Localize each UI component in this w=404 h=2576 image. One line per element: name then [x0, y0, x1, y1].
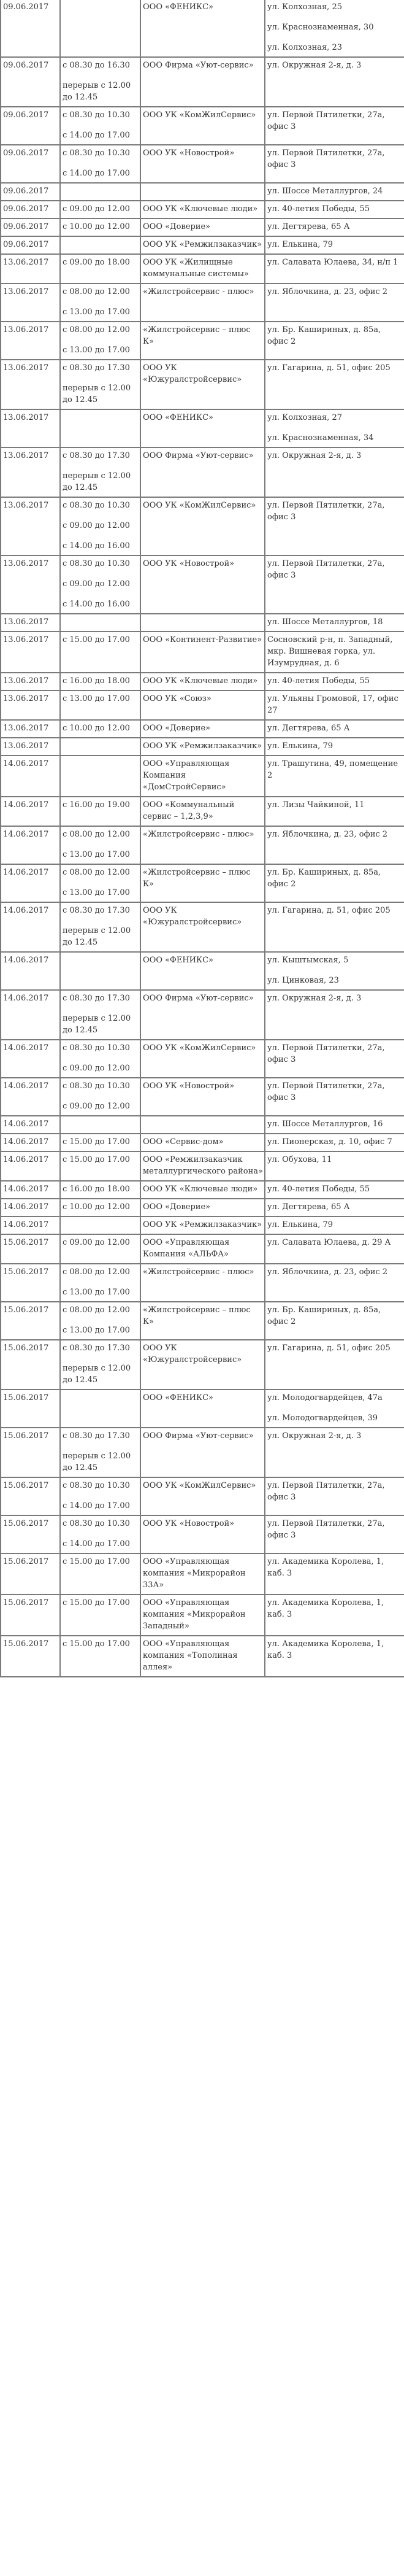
address-cell: ул. Лизы Чайкиной, 11	[265, 797, 404, 826]
date-cell: 14.06.2017	[1, 1151, 60, 1181]
address-line: ул. Колхозная, 27	[267, 412, 403, 424]
date-cell: 09.06.2017	[1, 201, 60, 219]
address-cell: ул. Бр. Кашириных, д. 85а, офис 2	[265, 864, 404, 902]
table-row: 14.06.2017ООО «ФЕНИКС»ул. Кыштымская, 5у…	[1, 952, 404, 990]
hours-line: с 16.00 до 18.00	[63, 1183, 139, 1195]
hours-line: с 09.00 до 12.00	[63, 578, 139, 590]
hours-cell	[60, 236, 140, 254]
address-line: ул. Пионерская, д. 10, офис 7	[267, 1136, 403, 1148]
hours-line: с 10.00 до 12.00	[63, 221, 139, 233]
hours-line: с 08.30 до 10.30	[63, 1042, 139, 1054]
address-cell: ул. Елькина, 79	[265, 1216, 404, 1234]
organization-cell: «Жилстройсервис - плюс»	[140, 1264, 265, 1302]
organization-cell: ООО УК «Новострой»	[140, 1078, 265, 1116]
organization-cell: ООО УК «Новострой»	[140, 1515, 265, 1553]
organization-cell: ООО УК «Южуралстройсервис»	[140, 902, 265, 952]
organization-cell: ООО УК «КомЖилСервис»	[140, 497, 265, 555]
address-cell: ул. Первой Пятилетки, 27а, офис 3	[265, 1040, 404, 1078]
address-line: ул. 40-летия Победы, 55	[267, 1183, 403, 1195]
organization-cell: ООО «Континент-Развитие»	[140, 632, 265, 673]
address-line: ул. Молодогвардейцев, 39	[267, 1412, 403, 1424]
hours-line: с 13.00 до 17.00	[63, 887, 139, 899]
table-row: 09.06.2017ООО УК «Ремжилзаказчик»ул. Ель…	[1, 236, 404, 254]
hours-line: с 08.30 до 17.30	[63, 362, 139, 374]
hours-cell	[60, 183, 140, 201]
organization-cell	[140, 614, 265, 632]
organization-cell: ООО УК «КомЖилСервис»	[140, 1477, 265, 1515]
address-line: ул. 40-летия Победы, 55	[267, 203, 403, 215]
hours-line: с 09.00 до 12.00	[63, 1100, 139, 1112]
table-row: 09.06.2017ул. Шоссе Металлургов, 24	[1, 183, 404, 201]
hours-cell	[60, 0, 140, 57]
hours-cell	[60, 614, 140, 632]
hours-line: с 15.00 до 17.00	[63, 1638, 139, 1650]
date-cell: 13.06.2017	[1, 614, 60, 632]
date-cell: 14.06.2017	[1, 756, 60, 797]
organization-cell: ООО Фирма «Уют-сервис»	[140, 990, 265, 1040]
hours-cell: с 08.30 до 17.30перерыв с 12.00 до 12.45	[60, 447, 140, 497]
hours-cell: с 08.30 до 17.30перерыв с 12.00 до 12.45	[60, 902, 140, 952]
address-cell: ул. 40-летия Победы, 55	[265, 673, 404, 690]
address-cell: ул. Гагарина, д. 51, офис 205	[265, 902, 404, 952]
organization-cell: ООО УК «Новострой»	[140, 555, 265, 614]
hours-line: с 09.00 до 12.00	[63, 1062, 139, 1074]
address-cell: ул. Первой Пятилетки, 27а, офис 3	[265, 497, 404, 555]
table-row: 15.06.2017с 08.30 до 10.30с 14.00 до 17.…	[1, 1515, 404, 1553]
hours-line: с 14.00 до 16.00	[63, 540, 139, 552]
hours-line: с 08.30 до 10.30	[63, 558, 139, 570]
table-row: 15.06.2017с 15.00 до 17.00ООО «Управляющ…	[1, 1553, 404, 1595]
address-cell: ул. Первой Пятилетки, 27а, офис 3	[265, 1477, 404, 1515]
date-cell: 14.06.2017	[1, 826, 60, 864]
address-cell: ул. Салавата Юлаева, 34, н/п 1	[265, 254, 404, 284]
table-row: 15.06.2017с 08.30 до 10.30с 14.00 до 17.…	[1, 1477, 404, 1515]
hours-line: с 13.00 до 17.00	[63, 1325, 139, 1336]
address-cell: ул. Академика Королева, 1, каб. 3	[265, 1553, 404, 1595]
date-cell: 14.06.2017	[1, 1199, 60, 1216]
date-cell: 14.06.2017	[1, 1078, 60, 1116]
address-cell: ул. Гагарина, д. 51, офис 205	[265, 360, 404, 409]
date-cell: 14.06.2017	[1, 1216, 60, 1234]
hours-line: с 15.00 до 17.00	[63, 1154, 139, 1166]
date-cell: 15.06.2017	[1, 1264, 60, 1302]
hours-cell: с 08.30 до 10.30с 14.00 до 17.00	[60, 1515, 140, 1553]
organization-cell	[140, 183, 265, 201]
hours-line: с 08.30 до 17.30	[63, 450, 139, 462]
address-cell: ул. Дегтярева, 65 А	[265, 1199, 404, 1216]
date-cell: 14.06.2017	[1, 797, 60, 826]
hours-line: с 13.00 до 17.00	[63, 344, 139, 356]
address-line: ул. Трашутина, 49, помещение 2	[267, 758, 403, 781]
hours-cell: с 09.00 до 12.00	[60, 201, 140, 219]
hours-line: с 13.00 до 17.00	[63, 849, 139, 861]
hours-line: с 16.00 до 19.00	[63, 799, 139, 811]
organization-cell: ООО УК «Ключевые люди»	[140, 673, 265, 690]
hours-cell: с 10.00 до 12.00	[60, 219, 140, 236]
organization-cell: ООО «Доверие»	[140, 1199, 265, 1216]
table-row: 14.06.2017ООО УК «Ремжилзаказчик»ул. Ель…	[1, 1216, 404, 1234]
organization-cell: ООО «Коммунальный сервис – 1,2,3,9»	[140, 797, 265, 826]
date-cell: 14.06.2017	[1, 1116, 60, 1134]
table-row: 13.06.2017с 10.00 до 12.00ООО «Доверие»у…	[1, 720, 404, 738]
date-cell: 13.06.2017	[1, 555, 60, 614]
address-line: ул. Елькина, 79	[267, 740, 403, 752]
hours-line: с 14.00 до 17.00	[63, 1500, 139, 1512]
organization-cell: «Жилстройсервис – плюс К»	[140, 322, 265, 360]
address-cell: ул. Яблочкина, д. 23, офис 2	[265, 826, 404, 864]
address-cell: ул. Шоссе Металлургов, 16	[265, 1116, 404, 1134]
organization-cell: ООО «Управляющая Компания «ДомСтройСерви…	[140, 756, 265, 797]
table-row: 13.06.2017с 08.30 до 17.30перерыв с 12.0…	[1, 447, 404, 497]
address-line: ул. Первой Пятилетки, 27а, офис 3	[267, 1080, 403, 1104]
organization-cell: ООО УК «Ремжилзаказчик»	[140, 1216, 265, 1234]
address-line: ул. Первой Пятилетки, 27а, офис 3	[267, 1518, 403, 1541]
organization-cell: «Жилстройсервис – плюс К»	[140, 1302, 265, 1340]
date-cell: 14.06.2017	[1, 864, 60, 902]
address-line: ул. Бр. Кашириных, д. 85а, офис 2	[267, 867, 403, 890]
address-cell: ул. Первой Пятилетки, 27а, офис 3	[265, 107, 404, 145]
hours-line: с 15.00 до 17.00	[63, 1136, 139, 1148]
date-cell: 15.06.2017	[1, 1390, 60, 1428]
date-cell: 15.06.2017	[1, 1428, 60, 1477]
hours-line: с 08.00 до 12.00	[63, 1266, 139, 1278]
hours-line: с 16.00 до 18.00	[63, 675, 139, 687]
hours-line: с 15.00 до 17.00	[63, 1597, 139, 1609]
date-cell: 09.06.2017	[1, 183, 60, 201]
address-cell: ул. Академика Королева, 1, каб. 3	[265, 1595, 404, 1636]
table-row: 14.06.2017с 10.00 до 12.00ООО «Доверие»у…	[1, 1199, 404, 1216]
date-cell: 13.06.2017	[1, 690, 60, 720]
address-line: ул. Молодогвардейцев, 47а	[267, 1392, 403, 1404]
address-line: ул. Первой Пятилетки, 27а, офис 3	[267, 558, 403, 581]
hours-line: с 08.00 до 12.00	[63, 324, 139, 336]
address-cell: ул. Пионерская, д. 10, офис 7	[265, 1134, 404, 1151]
hours-line: с 08.30 до 10.30	[63, 1518, 139, 1530]
organization-cell: ООО «ФЕНИКС»	[140, 1390, 265, 1428]
date-cell: 14.06.2017	[1, 952, 60, 990]
hours-line: с 10.00 до 12.00	[63, 1201, 139, 1213]
address-line: ул. 40-летия Победы, 55	[267, 675, 403, 687]
hours-line: с 08.00 до 12.00	[63, 867, 139, 878]
date-cell: 15.06.2017	[1, 1636, 60, 1677]
hours-cell: с 08.30 до 16.30перерыв с 12.00 до 12.45	[60, 57, 140, 107]
hours-cell	[60, 1116, 140, 1134]
table-row: 13.06.2017с 15.00 до 17.00ООО «Континент…	[1, 632, 404, 673]
hours-cell	[60, 738, 140, 756]
address-line: ул. Краснознаменная, 34	[267, 432, 403, 444]
table-row: 14.06.2017с 15.00 до 17.00ООО «Сервис-до…	[1, 1134, 404, 1151]
address-line: ул. Яблочкина, д. 23, офис 2	[267, 286, 403, 298]
address-line: ул. Первой Пятилетки, 27а, офис 3	[267, 1480, 403, 1503]
table-row: 13.06.2017ООО УК «Ремжилзаказчик»ул. Ель…	[1, 738, 404, 756]
table-row: 15.06.2017с 08.30 до 17.30перерыв с 12.0…	[1, 1340, 404, 1390]
hours-cell: с 09.00 до 12.00	[60, 1234, 140, 1264]
date-cell: 14.06.2017	[1, 1040, 60, 1078]
table-row: 14.06.2017с 08.30 до 10.30с 09.00 до 12.…	[1, 1078, 404, 1116]
date-cell: 13.06.2017	[1, 254, 60, 284]
hours-cell	[60, 1390, 140, 1428]
address-cell: ул. Дегтярева, 65 А	[265, 219, 404, 236]
date-cell: 13.06.2017	[1, 360, 60, 409]
address-cell: ул. Трашутина, 49, помещение 2	[265, 756, 404, 797]
address-cell: ул. Молодогвардейцев, 47аул. Молодогвард…	[265, 1390, 404, 1428]
date-cell: 13.06.2017	[1, 738, 60, 756]
hours-line: с 15.00 до 17.00	[63, 634, 139, 646]
address-line: ул. Яблочкина, д. 23, офис 2	[267, 1266, 403, 1278]
address-line: ул. Шоссе Металлургов, 18	[267, 616, 403, 628]
hours-line: с 09.00 до 12.00	[63, 1237, 139, 1248]
hours-cell: с 08.30 до 10.30с 14.00 до 17.00	[60, 107, 140, 145]
table-row: 09.06.2017с 08.30 до 10.30с 14.00 до 17.…	[1, 107, 404, 145]
hours-cell: с 15.00 до 17.00	[60, 1553, 140, 1595]
organization-cell: ООО УК «Ремжилзаказчик»	[140, 236, 265, 254]
organization-cell: «Жилстройсервис - плюс»	[140, 826, 265, 864]
hours-line: перерыв с 12.00 до 12.45	[63, 470, 139, 493]
hours-cell: с 08.30 до 17.30перерыв с 12.00 до 12.45	[60, 1340, 140, 1390]
hours-line: перерыв с 12.00 до 12.45	[63, 1013, 139, 1036]
table-row: 14.06.2017с 08.00 до 12.00с 13.00 до 17.…	[1, 826, 404, 864]
address-cell: ул. Колхозная, 27ул. Краснознаменная, 34	[265, 409, 404, 447]
hours-cell: с 08.00 до 12.00с 13.00 до 17.00	[60, 322, 140, 360]
hours-cell: с 15.00 до 17.00	[60, 632, 140, 673]
organization-cell: ООО «ФЕНИКС»	[140, 409, 265, 447]
organization-cell: ООО Фирма «Уют-сервис»	[140, 447, 265, 497]
address-line: ул. Первой Пятилетки, 27а, офис 3	[267, 1042, 403, 1066]
table-row: 14.06.2017с 08.30 до 17.30перерыв с 12.0…	[1, 990, 404, 1040]
hours-line: с 08.30 до 10.30	[63, 500, 139, 511]
address-line: ул. Окружная 2-я, д. 3	[267, 450, 403, 462]
address-cell: ул. Окружная 2-я, д. 3	[265, 1428, 404, 1477]
address-line: ул. Кыштымская, 5	[267, 954, 403, 966]
address-line: ул. Академика Королева, 1, каб. 3	[267, 1556, 403, 1579]
hours-cell: с 16.00 до 18.00	[60, 673, 140, 690]
address-line: ул. Академика Королева, 1, каб. 3	[267, 1638, 403, 1661]
date-cell: 13.06.2017	[1, 497, 60, 555]
address-line: ул. Цинковая, 23	[267, 975, 403, 986]
address-cell: ул. Бр. Кашириных, д. 85а, офис 2	[265, 1302, 404, 1340]
organization-cell: ООО УК «КомЖилСервис»	[140, 107, 265, 145]
hours-cell: с 09.00 до 18.00	[60, 254, 140, 284]
hours-line: с 08.00 до 12.00	[63, 829, 139, 840]
table-row: 09.06.2017с 09.00 до 12.00ООО УК «Ключев…	[1, 201, 404, 219]
address-line: ул. Шоссе Металлургов, 16	[267, 1118, 403, 1130]
organization-cell: ООО «Управляющая компания «Тополиная алл…	[140, 1636, 265, 1677]
address-cell: ул. Академика Королева, 1, каб. 3	[265, 1636, 404, 1677]
table-row: 13.06.2017ул. Шоссе Металлургов, 18	[1, 614, 404, 632]
hours-line: с 14.00 до 16.00	[63, 598, 139, 610]
hours-line: с 13.00 до 17.00	[63, 693, 139, 705]
hours-cell: с 13.00 до 17.00	[60, 690, 140, 720]
organization-cell: ООО «ФЕНИКС»	[140, 0, 265, 57]
address-line: ул. Окружная 2-я, д. 3	[267, 60, 403, 71]
table-row: 13.06.2017ООО «ФЕНИКС»ул. Колхозная, 27у…	[1, 409, 404, 447]
table-row: 15.06.2017с 08.00 до 12.00с 13.00 до 17.…	[1, 1302, 404, 1340]
hours-line: с 13.00 до 17.00	[63, 1286, 139, 1298]
hours-cell: с 08.30 до 17.30перерыв с 12.00 до 12.45	[60, 990, 140, 1040]
organization-cell: ООО УК «Жилищные коммунальные системы»	[140, 254, 265, 284]
hours-line: с 08.30 до 10.30	[63, 1080, 139, 1092]
address-line: ул. Первой Пятилетки, 27а, офис 3	[267, 147, 403, 171]
organization-cell: ООО «Доверие»	[140, 219, 265, 236]
hours-cell: с 08.00 до 12.00с 13.00 до 17.00	[60, 284, 140, 322]
hours-line: с 14.00 до 17.00	[63, 168, 139, 179]
hours-cell: с 10.00 до 12.00	[60, 720, 140, 738]
hours-cell: с 08.30 до 10.30с 14.00 до 17.00	[60, 1477, 140, 1515]
table-row: 13.06.2017с 13.00 до 17.00ООО УК «Союз»у…	[1, 690, 404, 720]
address-line: ул. Шоссе Металлургов, 24	[267, 185, 403, 197]
date-cell: 13.06.2017	[1, 720, 60, 738]
date-cell: 13.06.2017	[1, 409, 60, 447]
address-cell: ул. Елькина, 79	[265, 738, 404, 756]
table-row: 15.06.2017с 08.30 до 17.30перерыв с 12.0…	[1, 1428, 404, 1477]
table-row: 09.06.2017с 08.30 до 16.30перерыв с 12.0…	[1, 57, 404, 107]
organization-cell: ООО «ФЕНИКС»	[140, 952, 265, 990]
organization-cell: ООО УК «Южуралстройсервис»	[140, 1340, 265, 1390]
address-line: ул. Дегтярева, 65 А	[267, 1201, 403, 1213]
address-line: ул. Академика Королева, 1, каб. 3	[267, 1597, 403, 1620]
address-cell: ул. Шоссе Металлургов, 18	[265, 614, 404, 632]
table-row: 15.06.2017ООО «ФЕНИКС»ул. Молодогвардейц…	[1, 1390, 404, 1428]
address-line: ул. Лизы Чайкиной, 11	[267, 799, 403, 811]
hours-line: с 15.00 до 17.00	[63, 1556, 139, 1568]
organization-cell: ООО «Управляющая компания «Микрорайон 33…	[140, 1553, 265, 1595]
hours-cell: с 16.00 до 19.00	[60, 797, 140, 826]
date-cell: 13.06.2017	[1, 322, 60, 360]
hours-cell: с 16.00 до 18.00	[60, 1181, 140, 1199]
organization-cell: ООО УК «Ключевые люди»	[140, 201, 265, 219]
organization-cell: ООО УК «Ремжилзаказчик»	[140, 738, 265, 756]
organization-cell: ООО УК «Южуралстройсервис»	[140, 360, 265, 409]
organization-cell: ООО «Управляющая компания «Микрорайон За…	[140, 1595, 265, 1636]
hours-line: с 09.00 до 12.00	[63, 520, 139, 532]
address-line: ул. Гагарина, д. 51, офис 205	[267, 362, 403, 374]
address-line: ул. Елькина, 79	[267, 1219, 403, 1231]
address-cell: ул. 40-летия Победы, 55	[265, 1181, 404, 1199]
hours-line: с 09.00 до 18.00	[63, 257, 139, 268]
address-line: ул. Дегтярева, 65 А	[267, 722, 403, 734]
hours-line: с 08.30 до 10.30	[63, 1480, 139, 1491]
address-cell: ул. Первой Пятилетки, 27а, офис 3	[265, 1078, 404, 1116]
address-line: ул. Колхозная, 25	[267, 1, 403, 13]
table-row: 15.06.2017с 08.00 до 12.00с 13.00 до 17.…	[1, 1264, 404, 1302]
address-cell: ул. Шоссе Металлургов, 24	[265, 183, 404, 201]
hours-line: с 08.30 до 10.30	[63, 147, 139, 159]
address-cell: ул. Первой Пятилетки, 27а, офис 3	[265, 1515, 404, 1553]
address-line: ул. Окружная 2-я, д. 3	[267, 992, 403, 1004]
table-row: 13.06.2017с 08.30 до 17.30перерыв с 12.0…	[1, 360, 404, 409]
hours-line: перерыв с 12.00 до 12.45	[63, 80, 139, 103]
table-row: 13.06.2017с 09.00 до 18.00ООО УК «Жилищн…	[1, 254, 404, 284]
hours-line: перерыв с 12.00 до 12.45	[63, 1363, 139, 1386]
organization-cell: ООО УК «Новострой»	[140, 145, 265, 183]
date-cell: 15.06.2017	[1, 1553, 60, 1595]
table-row: 09.06.2017ООО «ФЕНИКС»ул. Колхозная, 25у…	[1, 0, 404, 57]
address-line: ул. Ульяны Громовой, 17, офис 27	[267, 693, 403, 716]
organization-cell: ООО «Сервис-дом»	[140, 1134, 265, 1151]
address-line: ул. Первой Пятилетки, 27а, офис 3	[267, 109, 403, 133]
hours-cell: с 08.30 до 10.30с 14.00 до 17.00	[60, 145, 140, 183]
table-row: 14.06.2017ООО «Управляющая Компания «Дом…	[1, 756, 404, 797]
address-cell: ул. Первой Пятилетки, 27а, офис 3	[265, 145, 404, 183]
address-line: ул. Яблочкина, д. 23, офис 2	[267, 829, 403, 840]
hours-cell: с 08.00 до 12.00с 13.00 до 17.00	[60, 1264, 140, 1302]
date-cell: 09.06.2017	[1, 145, 60, 183]
hours-line: с 09.00 до 12.00	[63, 203, 139, 215]
hours-line: с 14.00 до 17.00	[63, 1538, 139, 1550]
hours-line: с 08.00 до 12.00	[63, 286, 139, 298]
address-line: ул. Первой Пятилетки, 27а, офис 3	[267, 500, 403, 523]
hours-cell	[60, 1216, 140, 1234]
table-row: 14.06.2017с 08.00 до 12.00с 13.00 до 17.…	[1, 864, 404, 902]
hours-cell: с 15.00 до 17.00	[60, 1134, 140, 1151]
hours-cell: с 15.00 до 17.00	[60, 1636, 140, 1677]
organization-cell: ООО «Ремжилзаказчик металлургического ра…	[140, 1151, 265, 1181]
address-line: ул. Бр. Кашириных, д. 85а, офис 2	[267, 324, 403, 347]
hours-line: перерыв с 12.00 до 12.45	[63, 1450, 139, 1474]
hours-line: перерыв с 12.00 до 12.45	[63, 925, 139, 948]
address-line: ул. Колхозная, 23	[267, 42, 403, 53]
organization-cell: ООО УК «КомЖилСервис»	[140, 1040, 265, 1078]
date-cell: 09.06.2017	[1, 236, 60, 254]
hours-line: с 08.30 до 10.30	[63, 109, 139, 121]
hours-cell: с 10.00 до 12.00	[60, 1199, 140, 1216]
hours-cell: с 08.30 до 10.30с 09.00 до 12.00	[60, 1078, 140, 1116]
date-cell: 13.06.2017	[1, 447, 60, 497]
table-row: 14.06.2017с 16.00 до 19.00ООО «Коммуналь…	[1, 797, 404, 826]
address-cell: ул. Бр. Кашириных, д. 85а, офис 2	[265, 322, 404, 360]
address-cell: ул. Окружная 2-я, д. 3	[265, 57, 404, 107]
date-cell: 13.06.2017	[1, 673, 60, 690]
hours-cell: с 08.30 до 17.30перерыв с 12.00 до 12.45	[60, 360, 140, 409]
address-line: ул. Елькина, 79	[267, 239, 403, 250]
hours-line: с 08.30 до 17.30	[63, 1342, 139, 1354]
table-row: 14.06.2017с 15.00 до 17.00ООО «Ремжилзак…	[1, 1151, 404, 1181]
table-row: 13.06.2017с 08.30 до 10.30с 09.00 до 12.…	[1, 497, 404, 555]
table-row: 15.06.2017с 15.00 до 17.00ООО «Управляющ…	[1, 1595, 404, 1636]
hours-cell: с 15.00 до 17.00	[60, 1151, 140, 1181]
organization-cell: «Жилстройсервис - плюс»	[140, 284, 265, 322]
hours-cell	[60, 409, 140, 447]
date-cell: 14.06.2017	[1, 990, 60, 1040]
hours-line: с 13.00 до 17.00	[63, 306, 139, 318]
hours-line: с 10.00 до 12.00	[63, 722, 139, 734]
address-cell: ул. Колхозная, 25ул. Краснознаменная, 30…	[265, 0, 404, 57]
date-cell: 13.06.2017	[1, 284, 60, 322]
date-cell: 09.06.2017	[1, 107, 60, 145]
hours-cell: с 08.00 до 12.00с 13.00 до 17.00	[60, 864, 140, 902]
organization-cell: ООО Фирма «Уют-сервис»	[140, 1428, 265, 1477]
organization-cell: ООО УК «Союз»	[140, 690, 265, 720]
address-cell: ул. Первой Пятилетки, 27а, офис 3	[265, 555, 404, 614]
date-cell: 09.06.2017	[1, 219, 60, 236]
address-cell: ул. Дегтярева, 65 А	[265, 720, 404, 738]
address-line: ул. Гагарина, д. 51, офис 205	[267, 905, 403, 916]
address-cell: ул. 40-летия Победы, 55	[265, 201, 404, 219]
date-cell: 13.06.2017	[1, 632, 60, 673]
organization-cell: «Жилстройсервис – плюс К»	[140, 864, 265, 902]
address-line: ул. Бр. Кашириных, д. 85а, офис 2	[267, 1304, 403, 1328]
table-row: 13.06.2017с 08.00 до 12.00с 13.00 до 17.…	[1, 284, 404, 322]
hours-cell: с 08.00 до 12.00с 13.00 до 17.00	[60, 1302, 140, 1340]
table-row: 09.06.2017с 10.00 до 12.00ООО «Доверие»у…	[1, 219, 404, 236]
address-cell: ул. Елькина, 79	[265, 236, 404, 254]
table-row: 15.06.2017с 15.00 до 17.00ООО «Управляющ…	[1, 1636, 404, 1677]
table-row: 13.06.2017с 08.30 до 10.30с 09.00 до 12.…	[1, 555, 404, 614]
address-line: ул. Краснознаменная, 30	[267, 21, 403, 33]
address-cell: ул. Окружная 2-я, д. 3	[265, 447, 404, 497]
address-cell: ул. Яблочкина, д. 23, офис 2	[265, 284, 404, 322]
hours-cell: с 08.30 до 10.30с 09.00 до 12.00с 14.00 …	[60, 555, 140, 614]
